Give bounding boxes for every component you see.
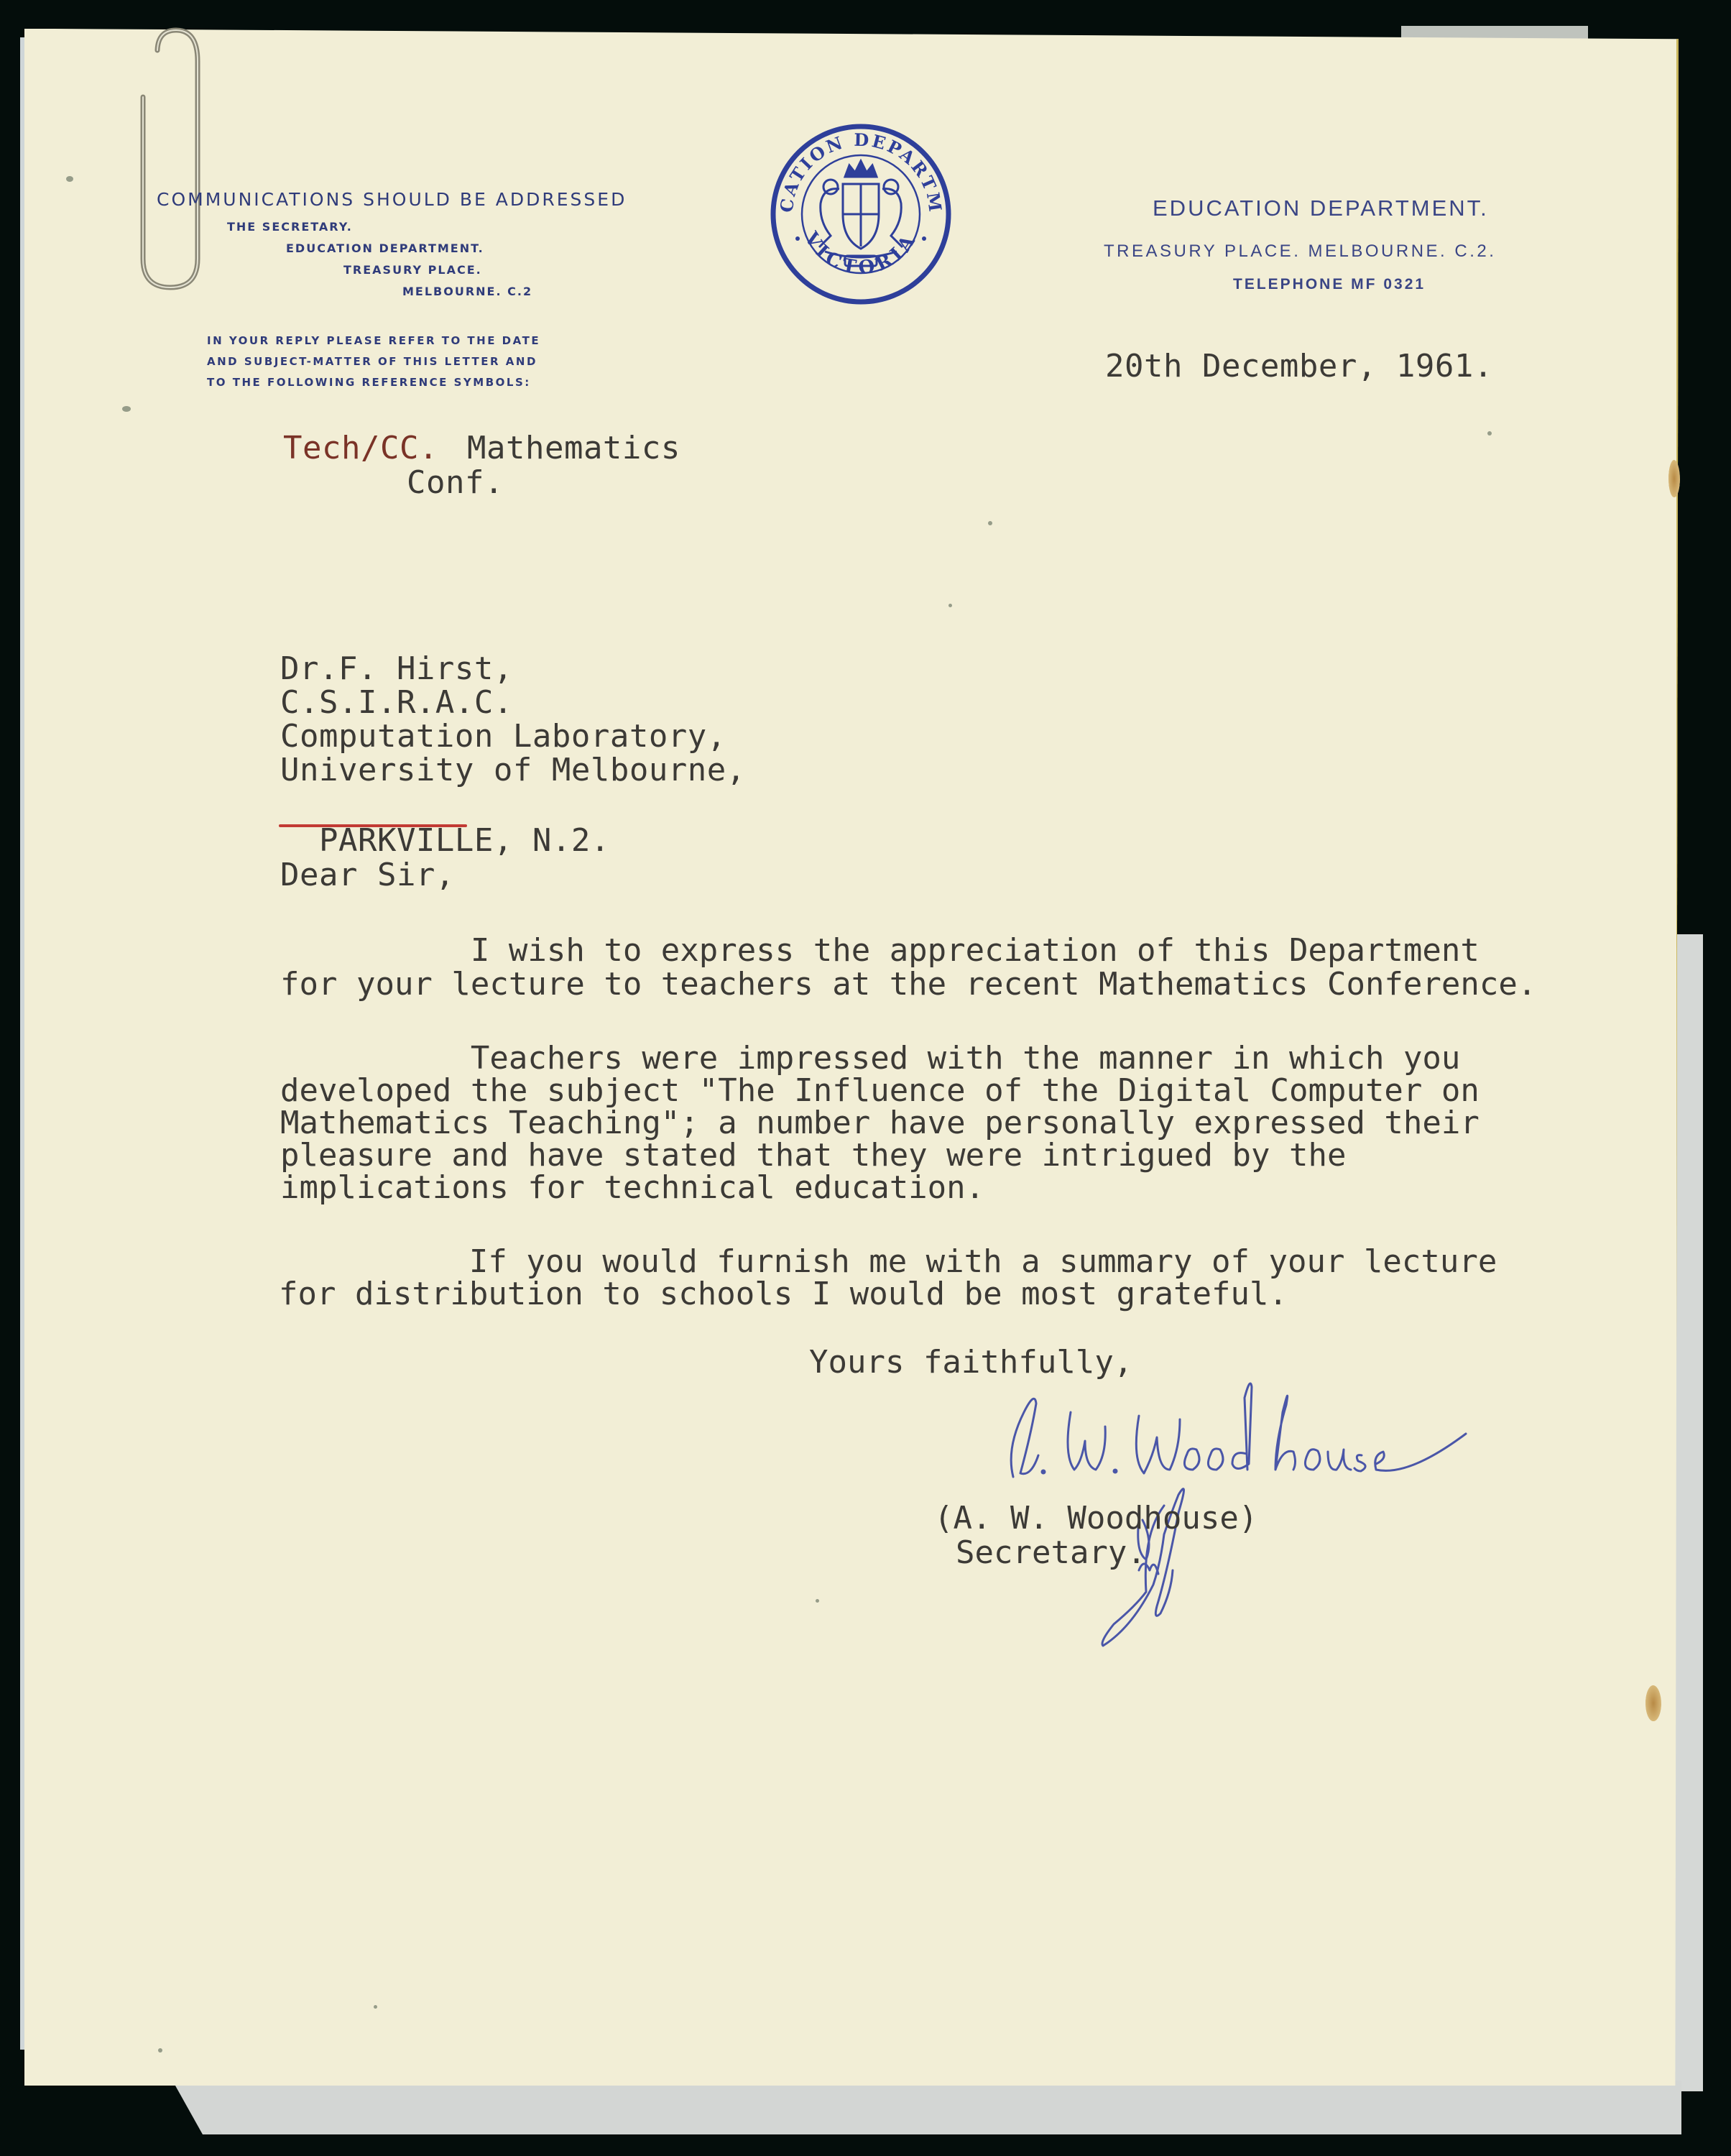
underlying-sheet-bottom-edge [172, 2081, 1681, 2134]
reply-note-line: IN YOUR REPLY PLEASE REFER TO THE DATE [207, 334, 540, 347]
paper-speck [816, 1599, 819, 1603]
reply-note-line: TO THE FOLLOWING REFERENCE SYMBOLS: [207, 376, 531, 389]
recipient-city-line: PARKVILLE, N.2. [280, 786, 610, 859]
reply-note-line: AND SUBJECT-MATTER OF THIS LETTER AND [207, 355, 537, 368]
recipient-line: Dr.F. Hirst, [280, 650, 513, 687]
reference-subject-cont: Conf. [407, 464, 504, 501]
letterhead-address-line: THE SECRETARY. [227, 220, 353, 234]
body-line: I wish to express the appreciation of th… [280, 932, 1480, 969]
body-line: for distribution to schools I would be m… [279, 1276, 1288, 1312]
letterhead-address-line: TREASURY PLACE. [343, 263, 482, 277]
body-line: implications for technical education. [280, 1169, 984, 1206]
recipient-line: University of Melbourne, [280, 752, 746, 788]
typed-signatory-name: (A. W. Woodhouse) [934, 1500, 1257, 1537]
rust-stain [1668, 460, 1680, 497]
body-line: If you would furnish me with a summary o… [279, 1243, 1497, 1280]
letter-date: 20th December, 1961. [1105, 348, 1493, 384]
paper-speck [158, 2048, 162, 2053]
communications-line: COMMUNICATIONS SHOULD BE ADDRESSED [157, 189, 627, 210]
paper-clip-icon [133, 22, 219, 295]
recipient-city: PARKVILLE [319, 822, 494, 859]
department-telephone: TELEPHONE MF 0321 [1233, 276, 1426, 293]
paper-speck [948, 604, 952, 607]
recipient-postcode: , N.2. [494, 822, 610, 859]
letterhead-address-line: EDUCATION DEPARTMENT. [286, 241, 484, 255]
recipient-line: Computation Laboratory, [280, 718, 726, 755]
education-department-seal: EDUCATION DEPARTMENT VICTORIA [767, 121, 954, 308]
department-address: TREASURY PLACE. MELBOURNE. C.2. [1104, 241, 1496, 262]
body-line: Teachers were impressed with the manner … [280, 1040, 1460, 1077]
red-underline [279, 824, 467, 827]
body-line: for your lecture to teachers at the rece… [280, 966, 1536, 1003]
body-line: developed the subject "The Influence of … [280, 1072, 1480, 1109]
paper-speck [374, 2005, 377, 2009]
body-line: Mathematics Teaching"; a number have per… [280, 1105, 1480, 1141]
paper-speck [1487, 431, 1492, 436]
paper-speck [122, 406, 131, 412]
paper-speck [988, 521, 992, 525]
reference-symbol: Tech/CC. [283, 430, 438, 466]
paper-speck [66, 176, 73, 182]
body-line: pleasure and have stated that they were … [280, 1137, 1346, 1174]
rust-stain [1645, 1685, 1661, 1721]
reference-subject: Mathematics [467, 430, 680, 466]
department-name: EDUCATION DEPARTMENT. [1153, 195, 1489, 221]
signatory-title: Secretary. [956, 1534, 1146, 1571]
letterhead-address-line: MELBOURNE. C.2 [402, 285, 532, 298]
salutation: Dear Sir, [280, 857, 455, 893]
recipient-line: C.S.I.R.A.C. [280, 684, 513, 721]
